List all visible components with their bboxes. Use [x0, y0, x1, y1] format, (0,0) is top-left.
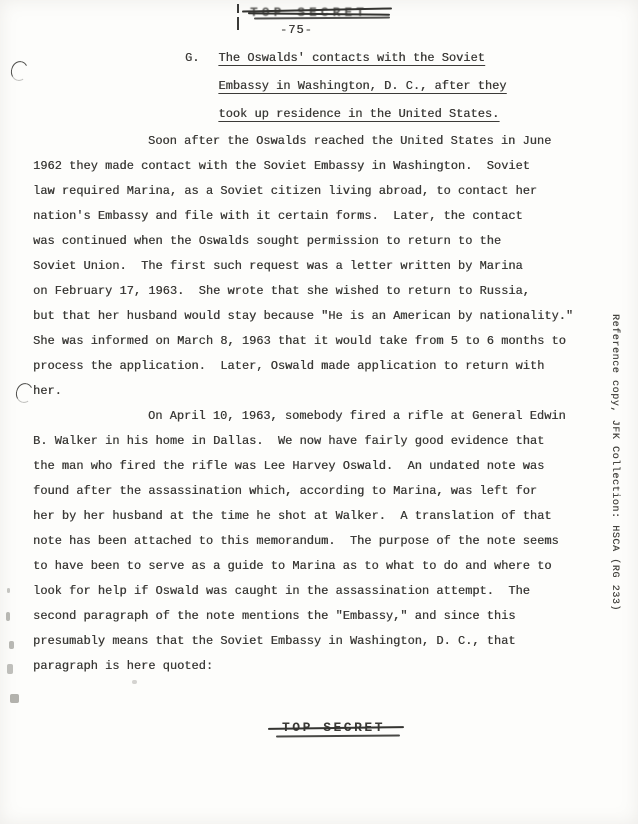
body-line: She was informed on March 8, 1963 that i… — [33, 329, 613, 354]
scan-smudge — [7, 664, 13, 674]
strike-line — [276, 734, 400, 737]
section-heading-label: G. — [185, 44, 199, 128]
body-line: to have been to serve as a guide to Mari… — [33, 554, 613, 579]
section-heading-lines: The Oswalds' contacts with the Soviet Em… — [218, 44, 506, 128]
body-line: B. Walker in his home in Dallas. We now … — [33, 429, 613, 454]
body-line: note has been attached to this memorandu… — [33, 529, 613, 554]
section-heading-line: The Oswalds' contacts with the Soviet — [218, 44, 506, 72]
body-line: but that her husband would stay because … — [33, 304, 613, 329]
page-number: -75- — [280, 23, 313, 37]
section-heading-line: Embassy in Washington, D. C., after they — [218, 72, 506, 100]
body-line: Soon after the Oswalds reached the Unite… — [33, 129, 613, 154]
body-line: look for help if Oswald was caught in th… — [33, 579, 613, 604]
margin-tick-mark — [237, 17, 239, 30]
body-line: the man who fired the rifle was Lee Harv… — [33, 454, 613, 479]
body-line: nation's Embassy and file with it certai… — [33, 204, 613, 229]
section-heading: G. The Oswalds' contacts with the Soviet… — [185, 44, 506, 128]
top-secret-stamp-bottom: TOP SECRET — [282, 718, 392, 740]
body-line: process the application. Later, Oswald m… — [33, 354, 613, 379]
scan-smudge — [6, 612, 10, 621]
body-line: her by her husband at the time he shot a… — [33, 504, 613, 529]
handwritten-paren-mark — [14, 381, 35, 405]
scan-smudge — [132, 680, 137, 684]
section-heading-line: took up residence in the United States. — [218, 100, 506, 128]
body-line: was continued when the Oswalds sought pe… — [33, 229, 613, 254]
scan-smudge — [10, 694, 19, 703]
body-text: Soon after the Oswalds reached the Unite… — [33, 129, 613, 679]
body-line: found after the assassination which, acc… — [33, 479, 613, 504]
body-line: On April 10, 1963, somebody fired a rifl… — [33, 404, 613, 429]
top-secret-stamp-top: TOP SECRET — [250, 3, 386, 27]
scan-smudge — [9, 641, 14, 649]
margin-tick-mark — [237, 4, 239, 13]
handwritten-paren-mark — [9, 59, 30, 83]
body-line: on February 17, 1963. She wrote that she… — [33, 279, 613, 304]
body-line: second paragraph of the note mentions th… — [33, 604, 613, 629]
document-page: TOP SECRET -75- G. The Oswalds' contacts… — [0, 0, 638, 824]
scan-smudge — [7, 588, 10, 593]
body-line: 1962 they made contact with the Soviet E… — [33, 154, 613, 179]
body-line: paragraph is here quoted: — [33, 654, 613, 679]
body-line: her. — [33, 379, 613, 404]
body-line: law required Marina, as a Soviet citizen… — [33, 179, 613, 204]
archive-reference-note: Reference copy, JFK Collection: HSCA (RG… — [609, 314, 620, 611]
body-line: Soviet Union. The first such request was… — [33, 254, 613, 279]
body-line: presumably means that the Soviet Embassy… — [33, 629, 613, 654]
